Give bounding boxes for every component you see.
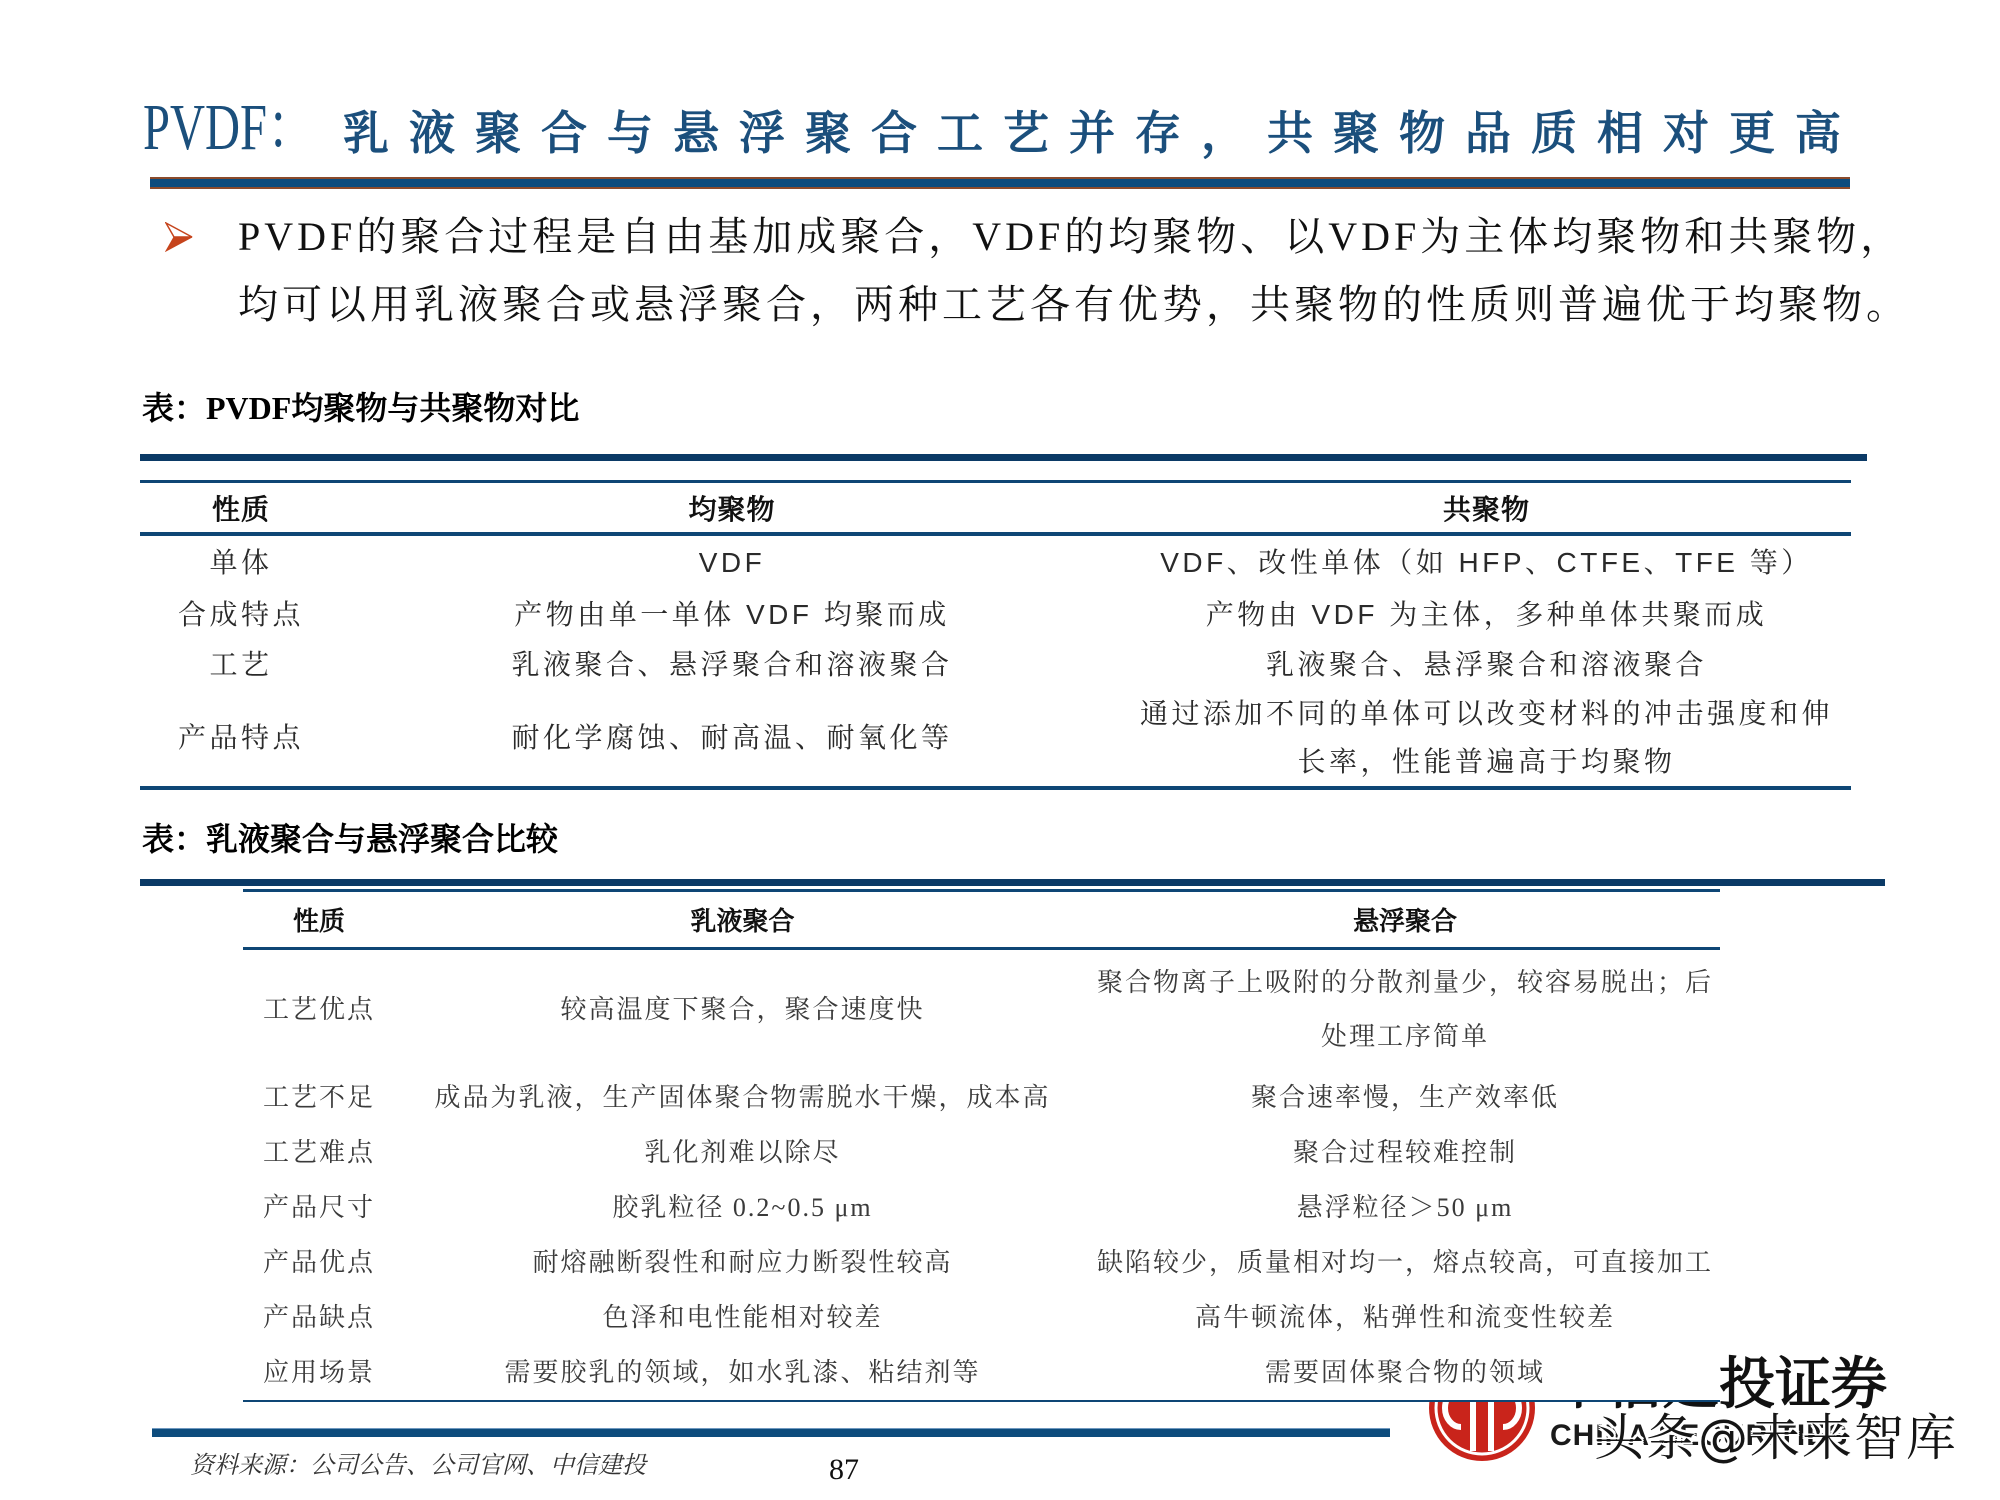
table-cell: 通过添加不同的单体可以改变材料的冲击强度和伸 长率，性能普遍高于均聚物: [1122, 690, 1851, 786]
table-cell: 产物由 VDF 为主体，多种单体共聚而成: [1122, 590, 1851, 639]
page-number: 87: [829, 1452, 859, 1488]
table-cell: 单体: [140, 536, 342, 590]
table-cell: 耐化学腐蚀、耐高温、耐氧化等: [342, 690, 1122, 786]
table-row: 产品缺点 色泽和电性能相对较差 高牛顿流体，粘弹性和流变性较差: [243, 1290, 1720, 1345]
table-row: 应用场景 需要胶乳的领域，如水乳漆、粘结剂等 需要固体聚合物的领域: [243, 1345, 1720, 1400]
table-cell: 产品尺寸: [243, 1180, 395, 1235]
table-cell: 乳液聚合、悬浮聚合和溶液聚合: [1122, 639, 1851, 690]
table1-caption: 表：PVDF均聚物与共聚物对比: [142, 391, 579, 425]
table-row: 工艺优点 较高温度下聚合，聚合速度快 聚合物离子上吸附的分散剂量少，较容易脱出；…: [243, 950, 1720, 1070]
title-divider-bar: [150, 177, 1850, 189]
table-cell: 产品特点: [140, 690, 342, 786]
table-row: 工艺 乳液聚合、悬浮聚合和溶液聚合 乳液聚合、悬浮聚合和溶液聚合: [140, 639, 1851, 690]
table1-header-property: 性质: [140, 483, 342, 532]
table-cell: 缺陷较少，质量相对均一，熔点较高，可直接加工: [1090, 1235, 1720, 1290]
table2-header-emulsion: 乳液聚合: [395, 892, 1090, 947]
table1-header-row: 性质 均聚物 共聚物: [140, 483, 1851, 532]
table2-top-thick-rule: [140, 879, 1885, 886]
page-title-prefix: PVDF：: [143, 95, 290, 161]
table1-bottom-rule: [140, 786, 1851, 790]
table1-header-homopolymer: 均聚物: [342, 483, 1122, 532]
table2-bottom-rule: [243, 1400, 1720, 1402]
footer-divider-bar: [152, 1428, 1390, 1437]
table-cell: 工艺: [140, 639, 342, 690]
page-title-main: 乳液聚合与悬浮聚合工艺并存，共聚物品质相对更高: [343, 100, 1861, 166]
arrow-bullet-icon: [165, 222, 193, 252]
table-row: 工艺难点 乳化剂难以除尽 聚合过程较难控制: [243, 1125, 1720, 1180]
table2-header-row: 性质 乳液聚合 悬浮聚合: [243, 892, 1720, 947]
table-cell: 产品优点: [243, 1235, 395, 1290]
table-cell: VDF: [342, 536, 1122, 590]
table-cell: 色泽和电性能相对较差: [395, 1290, 1090, 1345]
table-row: 产品优点 耐熔融断裂性和耐应力断裂性较高 缺陷较少，质量相对均一，熔点较高，可直…: [243, 1235, 1720, 1290]
table-cell: 胶乳粒径 0.2~0.5 μm: [395, 1180, 1090, 1235]
table-cell: 成品为乳液，生产固体聚合物需脱水干燥，成本高: [395, 1070, 1090, 1125]
table1-header-copolymer: 共聚物: [1122, 483, 1851, 532]
watermark: 头条@未来智库: [1594, 1410, 1958, 1466]
table-cell: 悬浮粒径＞50 μm: [1090, 1180, 1720, 1235]
table-cell: VDF、改性单体（如 HFP、CTFE、TFE 等）: [1122, 536, 1851, 590]
table2-header-suspension: 悬浮聚合: [1090, 892, 1720, 947]
table-row: 产品特点 耐化学腐蚀、耐高温、耐氧化等 通过添加不同的单体可以改变材料的冲击强度…: [140, 690, 1851, 786]
table-cell: 产品缺点: [243, 1290, 395, 1345]
table-cell: 应用场景: [243, 1345, 395, 1400]
source-note: 资料来源：公司公告、公司官网、中信建投: [190, 1451, 646, 1481]
bullet-text-line-2: 均可以用乳液聚合或悬浮聚合，两种工艺各有优势，共聚物的性质则普遍优于均聚物。: [238, 283, 1910, 327]
table-row: 产品尺寸 胶乳粒径 0.2~0.5 μm 悬浮粒径＞50 μm: [243, 1180, 1720, 1235]
table1-top-thick-rule: [140, 454, 1867, 461]
table-cell: 合成特点: [140, 590, 342, 639]
page-title: PVDF： 乳液聚合与悬浮聚合工艺并存，共聚物品质相对更高: [143, 95, 1861, 161]
table-cell: 需要固体聚合物的领域: [1090, 1345, 1720, 1400]
table-cell: 聚合物离子上吸附的分散剂量少，较容易脱出；后 处理工序简单: [1090, 950, 1720, 1070]
table-cell: 工艺难点: [243, 1125, 395, 1180]
table-row: 合成特点 产物由单一单体 VDF 均聚而成 产物由 VDF 为主体，多种单体共聚…: [140, 590, 1851, 639]
table-row: 单体 VDF VDF、改性单体（如 HFP、CTFE、TFE 等）: [140, 536, 1851, 590]
table-cell: 产物由单一单体 VDF 均聚而成: [342, 590, 1122, 639]
table-cell: 高牛顿流体，粘弹性和流变性较差: [1090, 1290, 1720, 1345]
table-cell: 聚合过程较难控制: [1090, 1125, 1720, 1180]
bullet-text-line-1: PVDF的聚合过程是自由基加成聚合，VDF的均聚物、以VDF为主体均聚物和共聚物…: [238, 215, 1904, 259]
table-cell: 工艺优点: [243, 950, 395, 1070]
table-cell: 聚合速率慢，生产效率低: [1090, 1070, 1720, 1125]
table2-header-property: 性质: [243, 892, 395, 947]
table-cell: 耐熔融断裂性和耐应力断裂性较高: [395, 1235, 1090, 1290]
table-cell: 较高温度下聚合，聚合速度快: [395, 950, 1090, 1070]
table-emulsion-vs-suspension: 性质 乳液聚合 悬浮聚合 工艺优点 较高温度下聚合，聚合速度快 聚合物离子上吸附…: [243, 889, 1720, 1402]
table-cell: 乳液聚合、悬浮聚合和溶液聚合: [342, 639, 1122, 690]
table-row: 工艺不足 成品为乳液，生产固体聚合物需脱水干燥，成本高 聚合速率慢，生产效率低: [243, 1070, 1720, 1125]
table-cell: 乳化剂难以除尽: [395, 1125, 1090, 1180]
table2-caption: 表：乳液聚合与悬浮聚合比较: [142, 822, 558, 856]
table-cell: 工艺不足: [243, 1070, 395, 1125]
table-cell: 需要胶乳的领域，如水乳漆、粘结剂等: [395, 1345, 1090, 1400]
